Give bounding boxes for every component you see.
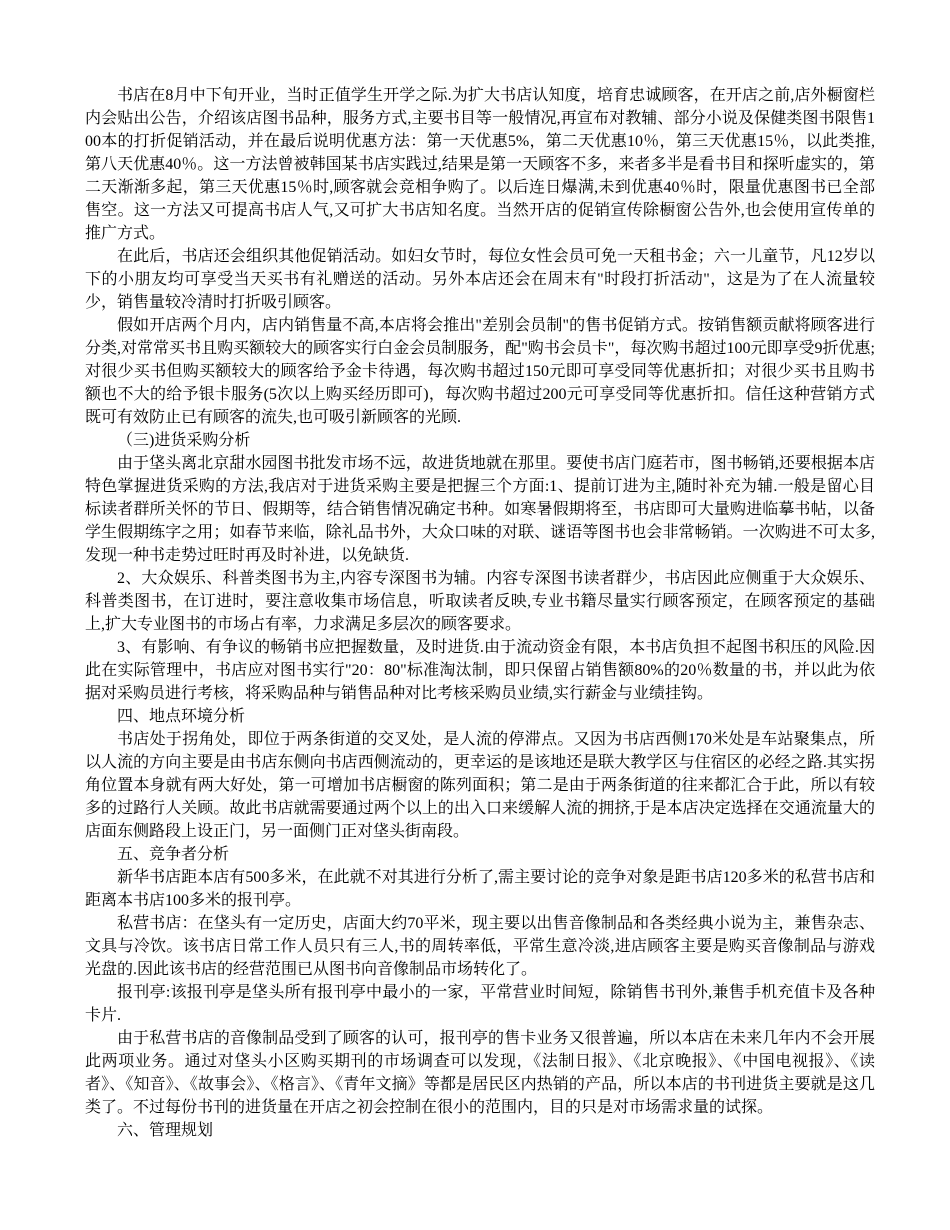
document-body: 书店在8月中下旬开业，当时正值学生开学之际.为扩大书店认知度，培育忠诚顾客，在开… [85, 84, 875, 1142]
section-heading-location-analysis: 四、地点环境分析 [85, 705, 875, 728]
paragraph-purchasing-method-2: 2、大众娱乐、科普类图书为主,内容专深图书为辅。内容专深图书读者群少，书店因此应… [85, 567, 875, 636]
section-heading-competitor-analysis: 五、竞争者分析 [85, 843, 875, 866]
section-heading-management-plan: 六、管理规划 [85, 1119, 875, 1142]
paragraph-private-bookstore: 私营书店：在垡头有一定历史，店面大约70平米，现主要以出售音像制品和各类经典小说… [85, 912, 875, 981]
paragraph-purchasing-method-3: 3、有影响、有争议的畅销书应把握数量，及时进货.由于流动资金有限，本书店负担不起… [85, 636, 875, 705]
section-heading-purchasing-analysis: （三)进货采购分析 [85, 429, 875, 452]
document-page: 书店在8月中下旬开业，当时正值学生开学之际.为扩大书店认知度，培育忠诚顾客，在开… [0, 0, 950, 1230]
paragraph-competitor-overview: 新华书店距本店有500多米，在此就不对其进行分析了,需主要讨论的竞争对象是距书店… [85, 866, 875, 912]
paragraph-location-detail: 书店处于拐角处，即位于两条街道的交叉处，是人流的停滞点。又因为书店西侧170米处… [85, 728, 875, 843]
paragraph-purchasing-method-1: 由于垡头离北京甜水园图书批发市场不远，故进货地就在那里。要使书店门庭若市，图书畅… [85, 452, 875, 567]
paragraph-newsstand: 报刊亭:该报刊亭是垡头所有报刊亭中最小的一家，平常营业时间短，除销售书刊外,兼售… [85, 981, 875, 1027]
paragraph-future-business: 由于私营书店的音像制品受到了顾客的认可，报刊亭的售卡业务又很普遍，所以本店在未来… [85, 1027, 875, 1119]
paragraph-other-promotions: 在此后，书店还会组织其他促销活动。如妇女节时，每位女性会员可免一天租书金；六一儿… [85, 245, 875, 314]
paragraph-membership-system: 假如开店两个月内，店内销售量不高,本店将会推出"差别会员制"的售书促销方式。按销… [85, 314, 875, 429]
paragraph-opening-promotion: 书店在8月中下旬开业，当时正值学生开学之际.为扩大书店认知度，培育忠诚顾客，在开… [85, 84, 875, 245]
